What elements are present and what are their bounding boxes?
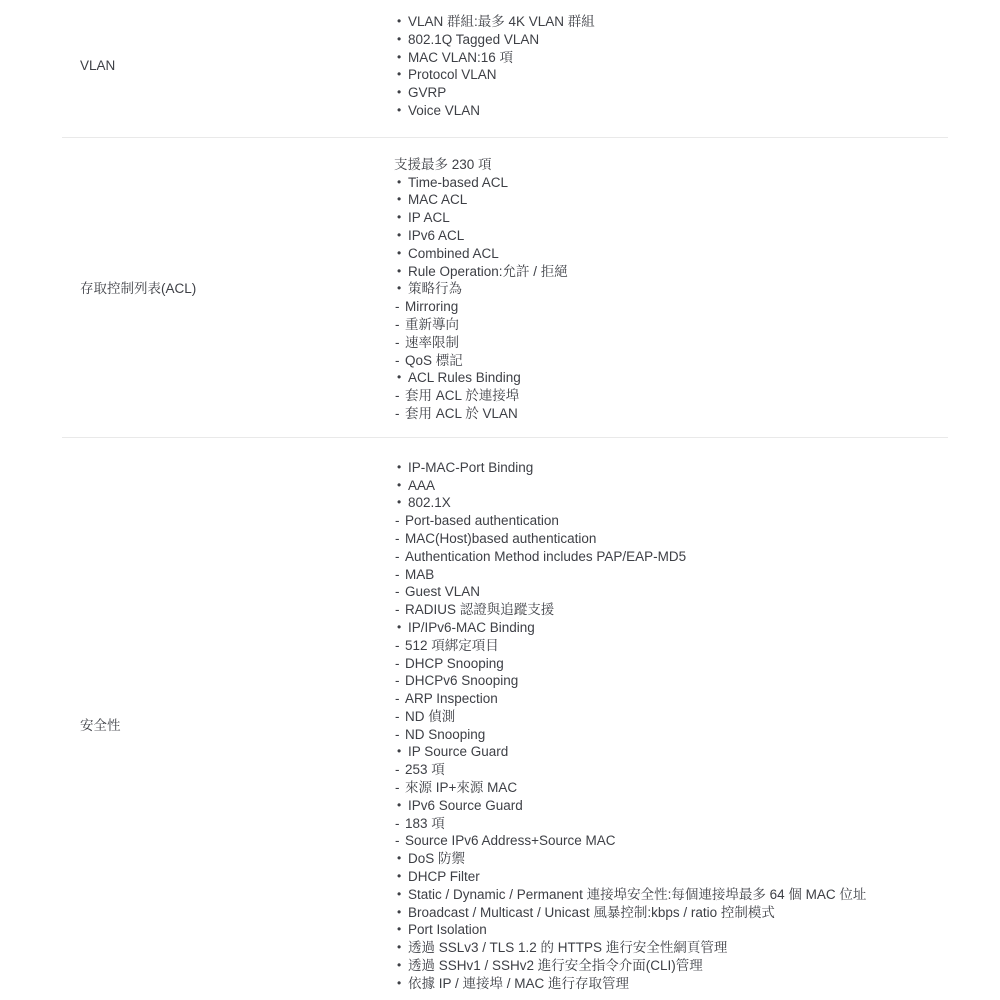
spec-item-text: Source IPv6 Address+Source MAC	[405, 832, 615, 850]
spec-row: 存取控制列表(ACL)支援最多 230 項•Time-based ACL•MAC…	[62, 138, 948, 438]
bullet-icon: •	[394, 13, 408, 31]
spec-row-label-cell: 存取控制列表(ACL)	[62, 156, 394, 423]
bullet-icon: •	[394, 263, 408, 281]
spec-item: •MAC VLAN:16 項	[394, 49, 948, 67]
spec-item-text: Rule Operation:允許 / 拒絕	[408, 263, 568, 281]
bullet-icon: •	[394, 49, 408, 67]
bullet-icon: •	[394, 494, 408, 512]
spec-item-text: DHCP Snooping	[405, 655, 504, 673]
spec-item-text: IP Source Guard	[408, 743, 508, 761]
spec-item-text: Port Isolation	[408, 921, 487, 939]
dash-icon: -	[394, 726, 405, 744]
spec-item: •IP Source Guard	[394, 743, 948, 761]
spec-item-text: IP/IPv6-MAC Binding	[408, 619, 535, 637]
bullet-icon: •	[394, 84, 408, 102]
spec-item-text: VLAN 群組:最多 4K VLAN 群組	[408, 13, 595, 31]
spec-item-text: Voice VLAN	[408, 102, 480, 120]
spec-item: •Port Isolation	[394, 921, 948, 939]
bullet-icon: •	[394, 850, 408, 868]
spec-item: -Authentication Method includes PAP/EAP-…	[394, 548, 948, 566]
spec-item: •MAC ACL	[394, 191, 948, 209]
dash-icon: -	[394, 779, 405, 797]
spec-item-text: 512 項綁定項目	[405, 637, 499, 655]
bullet-icon: •	[394, 227, 408, 245]
dash-icon: -	[394, 530, 405, 548]
spec-item: •Protocol VLAN	[394, 66, 948, 84]
spec-item-text: 套用 ACL 於連接埠	[405, 387, 519, 405]
spec-item: •802.1X	[394, 494, 948, 512]
spec-item-text: IPv6 Source Guard	[408, 797, 523, 815]
bullet-icon: •	[394, 477, 408, 495]
spec-item: -MAC(Host)based authentication	[394, 530, 948, 548]
spec-item: •AAA	[394, 477, 948, 495]
spec-item: •IP/IPv6-MAC Binding	[394, 619, 948, 637]
bullet-icon: •	[394, 743, 408, 761]
bullet-icon: •	[394, 459, 408, 477]
spec-item: -ND 偵測	[394, 708, 948, 726]
spec-item: •IPv6 ACL	[394, 227, 948, 245]
spec-item-text: 253 項	[405, 761, 445, 779]
bullet-icon: •	[394, 921, 408, 939]
bullet-icon: •	[394, 102, 408, 120]
dash-icon: -	[394, 601, 405, 619]
dash-icon: -	[394, 548, 405, 566]
spec-item-text: MAB	[405, 566, 434, 584]
spec-row-label-cell: VLAN	[62, 13, 394, 120]
spec-item: •Time-based ACL	[394, 174, 948, 192]
dash-icon: -	[394, 512, 405, 530]
dash-icon: -	[394, 708, 405, 726]
spec-item-text: 802.1X	[408, 494, 451, 512]
dash-icon: -	[394, 832, 405, 850]
spec-item: •VLAN 群組:最多 4K VLAN 群組	[394, 13, 948, 31]
spec-item: •IPv6 Source Guard	[394, 797, 948, 815]
spec-item: -QoS 標記	[394, 352, 948, 370]
spec-item: •策略行為	[394, 280, 948, 298]
spec-row-content: •IP-MAC-Port Binding•AAA•802.1X-Port-bas…	[394, 459, 948, 993]
dash-icon: -	[394, 298, 405, 316]
spec-row-label: VLAN	[80, 57, 115, 75]
spec-row: 安全性•IP-MAC-Port Binding•AAA•802.1X-Port-…	[62, 438, 948, 1000]
spec-item: -DHCPv6 Snooping	[394, 672, 948, 690]
spec-item: •IP-MAC-Port Binding	[394, 459, 948, 477]
spec-item-text: 套用 ACL 於 VLAN	[405, 405, 518, 423]
spec-item: •透過 SSHv1 / SSHv2 進行安全指令介面(CLI)管理	[394, 957, 948, 975]
bullet-icon: •	[394, 886, 408, 904]
spec-item-text: 透過 SSHv1 / SSHv2 進行安全指令介面(CLI)管理	[408, 957, 703, 975]
spec-item: •Combined ACL	[394, 245, 948, 263]
spec-item-text: MAC ACL	[408, 191, 467, 209]
spec-item-text: Time-based ACL	[408, 174, 508, 192]
spec-item-text: 802.1Q Tagged VLAN	[408, 31, 539, 49]
bullet-icon: •	[394, 245, 408, 263]
spec-item: -Guest VLAN	[394, 583, 948, 601]
dash-icon: -	[394, 690, 405, 708]
spec-item: •Static / Dynamic / Permanent 連接埠安全性:每個連…	[394, 886, 948, 904]
spec-item: -ND Snooping	[394, 726, 948, 744]
spec-item-text: 183 項	[405, 815, 445, 833]
spec-item-text: ND 偵測	[405, 708, 455, 726]
spec-item: -183 項	[394, 815, 948, 833]
spec-row-label: 存取控制列表(ACL)	[80, 280, 196, 298]
spec-item-text: Broadcast / Multicast / Unicast 風暴控制:kbp…	[408, 904, 775, 922]
spec-item: -來源 IP+來源 MAC	[394, 779, 948, 797]
spec-item: -RADIUS 認證與追蹤支援	[394, 601, 948, 619]
spec-item-text: ARP Inspection	[405, 690, 498, 708]
spec-item-text: RADIUS 認證與追蹤支援	[405, 601, 554, 619]
bullet-icon: •	[394, 31, 408, 49]
spec-item: •Broadcast / Multicast / Unicast 風暴控制:kb…	[394, 904, 948, 922]
spec-item: -DHCP Snooping	[394, 655, 948, 673]
spec-item: •802.1Q Tagged VLAN	[394, 31, 948, 49]
spec-row-content: 支援最多 230 項•Time-based ACL•MAC ACL•IP ACL…	[394, 156, 948, 423]
dash-icon: -	[394, 815, 405, 833]
bullet-icon: •	[394, 957, 408, 975]
spec-item-text: DoS 防禦	[408, 850, 465, 868]
spec-item-text: Guest VLAN	[405, 583, 480, 601]
bullet-icon: •	[394, 280, 408, 298]
spec-item-text: Combined ACL	[408, 245, 499, 263]
bullet-icon: •	[394, 66, 408, 84]
dash-icon: -	[394, 761, 405, 779]
bullet-icon: •	[394, 209, 408, 227]
spec-item-text: 依據 IP / 連接埠 / MAC 進行存取管理	[408, 975, 629, 993]
spec-row-label: 安全性	[80, 717, 121, 735]
spec-item-text: 支援最多 230 項	[394, 156, 492, 174]
dash-icon: -	[394, 672, 405, 690]
spec-item-text: AAA	[408, 477, 435, 495]
spec-item: •IP ACL	[394, 209, 948, 227]
spec-item-text: ACL Rules Binding	[408, 369, 521, 387]
spec-item: -512 項綁定項目	[394, 637, 948, 655]
spec-item: 支援最多 230 項	[394, 156, 948, 174]
dash-icon: -	[394, 316, 405, 334]
spec-item: -MAB	[394, 566, 948, 584]
spec-item: -Mirroring	[394, 298, 948, 316]
spec-item-text: 來源 IP+來源 MAC	[405, 779, 517, 797]
spec-item: -Port-based authentication	[394, 512, 948, 530]
bullet-icon: •	[394, 797, 408, 815]
spec-item: •ACL Rules Binding	[394, 369, 948, 387]
spec-item: -速率限制	[394, 334, 948, 352]
spec-item: -套用 ACL 於 VLAN	[394, 405, 948, 423]
spec-item: •依據 IP / 連接埠 / MAC 進行存取管理	[394, 975, 948, 993]
bullet-icon: •	[394, 191, 408, 209]
spec-item-text: IPv6 ACL	[408, 227, 464, 245]
dash-icon: -	[394, 583, 405, 601]
spec-item-text: Port-based authentication	[405, 512, 559, 530]
spec-item: -ARP Inspection	[394, 690, 948, 708]
dash-icon: -	[394, 334, 405, 352]
bullet-icon: •	[394, 975, 408, 993]
spec-item: -套用 ACL 於連接埠	[394, 387, 948, 405]
spec-item: -Source IPv6 Address+Source MAC	[394, 832, 948, 850]
spec-item-text: DHCP Filter	[408, 868, 480, 886]
spec-item-text: Protocol VLAN	[408, 66, 497, 84]
spec-item-text: IP-MAC-Port Binding	[408, 459, 533, 477]
spec-item-text: MAC VLAN:16 項	[408, 49, 513, 67]
spec-item-text: Authentication Method includes PAP/EAP-M…	[405, 548, 686, 566]
spec-item: •GVRP	[394, 84, 948, 102]
spec-item: •Rule Operation:允許 / 拒絕	[394, 263, 948, 281]
bullet-icon: •	[394, 174, 408, 192]
spec-item: -重新導向	[394, 316, 948, 334]
spec-item-text: Mirroring	[405, 298, 458, 316]
dash-icon: -	[394, 387, 405, 405]
spec-item-text: MAC(Host)based authentication	[405, 530, 596, 548]
spec-item-text: 透過 SSLv3 / TLS 1.2 的 HTTPS 進行安全性網頁管理	[408, 939, 727, 957]
bullet-icon: •	[394, 904, 408, 922]
dash-icon: -	[394, 405, 405, 423]
bullet-icon: •	[394, 868, 408, 886]
spec-item: •透過 SSLv3 / TLS 1.2 的 HTTPS 進行安全性網頁管理	[394, 939, 948, 957]
spec-row: VLAN•VLAN 群組:最多 4K VLAN 群組•802.1Q Tagged…	[62, 0, 948, 138]
spec-item-text: Static / Dynamic / Permanent 連接埠安全性:每個連接…	[408, 886, 866, 904]
spec-item-text: GVRP	[408, 84, 446, 102]
spec-table: VLAN•VLAN 群組:最多 4K VLAN 群組•802.1Q Tagged…	[62, 0, 948, 1000]
bullet-icon: •	[394, 939, 408, 957]
spec-item-text: QoS 標記	[405, 352, 463, 370]
bullet-icon: •	[394, 369, 408, 387]
spec-item-text: ND Snooping	[405, 726, 485, 744]
spec-item-text: 速率限制	[405, 334, 459, 352]
spec-row-content: •VLAN 群組:最多 4K VLAN 群組•802.1Q Tagged VLA…	[394, 13, 948, 120]
dash-icon: -	[394, 655, 405, 673]
bullet-icon: •	[394, 619, 408, 637]
dash-icon: -	[394, 566, 405, 584]
spec-item-text: IP ACL	[408, 209, 450, 227]
spec-item-text: 重新導向	[405, 316, 459, 334]
spec-row-label-cell: 安全性	[62, 459, 394, 993]
dash-icon: -	[394, 637, 405, 655]
spec-item-text: 策略行為	[408, 280, 462, 298]
spec-item-text: DHCPv6 Snooping	[405, 672, 518, 690]
spec-item: •DoS 防禦	[394, 850, 948, 868]
dash-icon: -	[394, 352, 405, 370]
spec-item: -253 項	[394, 761, 948, 779]
spec-item: •DHCP Filter	[394, 868, 948, 886]
spec-item: •Voice VLAN	[394, 102, 948, 120]
